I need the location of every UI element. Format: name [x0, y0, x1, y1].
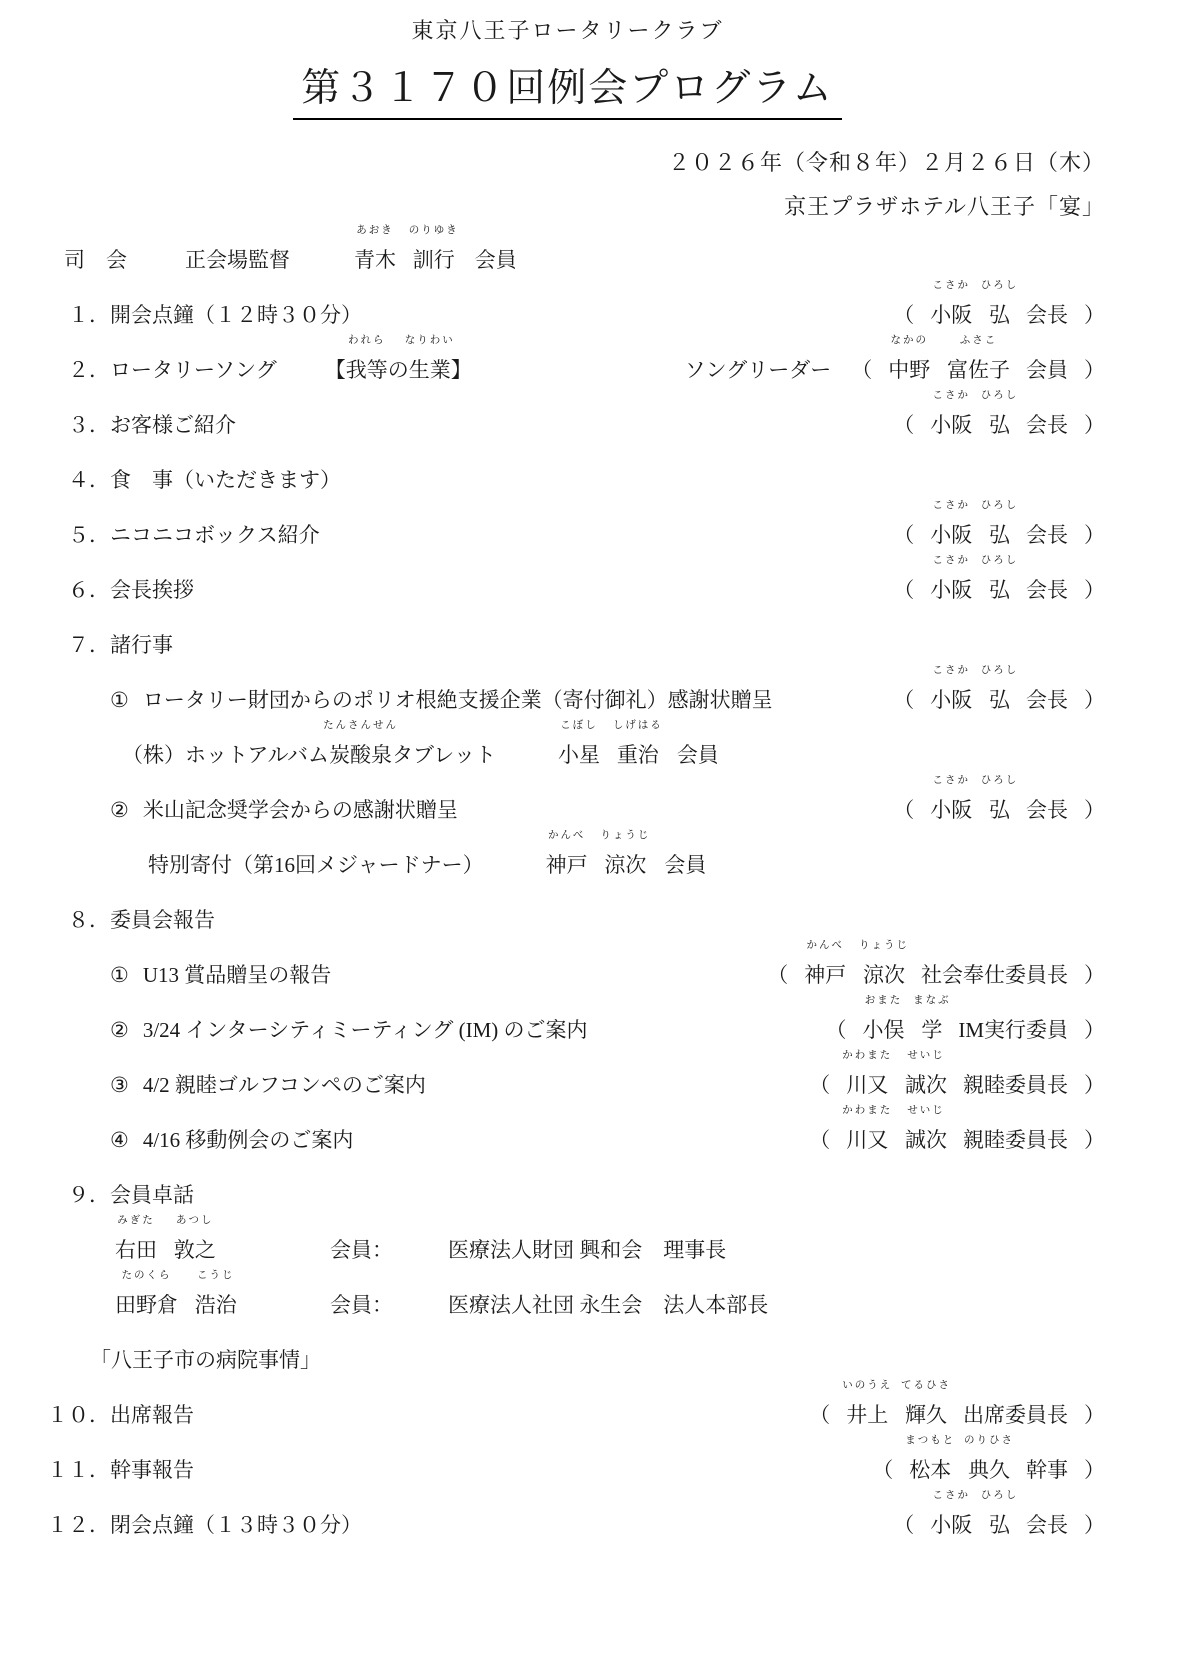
name-with-furigana: ひろし弘 [989, 575, 1010, 605]
close-paren: ） [1084, 1070, 1105, 1100]
person-title: 会長 [1026, 410, 1068, 440]
name-with-furigana: こさか小阪 [930, 795, 972, 825]
person-name: あおき青木のりゆき訓行 [354, 245, 455, 275]
name-with-furigana: せいじ誠次 [905, 1125, 947, 1155]
person-title: 親睦委員長 [963, 1070, 1068, 1100]
person-title: 会長 [1026, 520, 1068, 550]
program-item-3: ３． お客様ご紹介 （ こさか小阪ひろし弘 会長 ） [30, 410, 1105, 440]
item-number: １０． [30, 1400, 110, 1430]
furigana: かわまた [842, 1096, 892, 1126]
close-paren: ） [1084, 1400, 1105, 1430]
name-base: 青木 [354, 248, 396, 272]
furigana: まなぶ [913, 986, 951, 1016]
furigana: ひろし [981, 766, 1019, 796]
meeting-venue: 京王プラザホテル八王子「宴」 [30, 190, 1105, 221]
name-with-furigana: われら我等 [346, 355, 388, 385]
name-base: 学 [921, 1018, 942, 1042]
item-number: ② [110, 795, 129, 825]
furigana: ひろし [981, 1481, 1019, 1511]
person-suffix: 会員： [330, 1235, 448, 1265]
furigana: のりひさ [964, 1426, 1014, 1456]
item-number: ４． [30, 465, 110, 495]
name-base: 誠次 [905, 1128, 947, 1152]
name-base: 小阪 [930, 578, 972, 602]
item-text: ロータリーソング [110, 355, 277, 385]
name-with-furigana: かわまた川又 [846, 1125, 888, 1155]
open-paren: （ [809, 1400, 830, 1430]
mc-role: 正会場監督 [185, 245, 290, 275]
close-paren: ） [1084, 575, 1105, 605]
name-base: 中野 [888, 358, 930, 382]
person-suffix: 会員 [475, 245, 517, 275]
name-with-furigana: こさか小阪 [930, 685, 972, 715]
furigana: まつもと [905, 1426, 955, 1456]
name-base: 田野倉 [115, 1293, 178, 1317]
person-title: 親睦委員長 [963, 1125, 1068, 1155]
open-paren: （ [809, 1070, 830, 1100]
person-title: IM実行委員 [958, 1015, 1068, 1045]
presenter-group: （ かわまた川又せいじ誠次 親睦委員長 ） [809, 1125, 1105, 1155]
name-with-furigana: かんべ神戸 [804, 960, 846, 990]
person-title: 会長 [1026, 685, 1068, 715]
program-item-12: １２． 閉会点鐘（１３時３０分） （ こさか小阪ひろし弘 会長 ） [30, 1510, 1105, 1540]
close-paren: ） [1084, 1510, 1105, 1540]
item-number: １． [30, 300, 110, 330]
furigana: こさか [932, 1481, 970, 1511]
speaker-line-2: たのくら田野倉こうじ浩治 会員： 医療法人社団 永生会 法人本部長 [30, 1290, 1105, 1320]
furigana: あおき [356, 216, 394, 246]
name-base: 我等 [346, 358, 388, 382]
name-base: 弘 [989, 523, 1010, 547]
item-text: 4/2 親睦ゴルフコンペのご案内 [143, 1070, 426, 1100]
name-base: 松本 [909, 1458, 951, 1482]
open-paren: （ [809, 1125, 830, 1155]
item-text: 諸行事 [110, 630, 173, 660]
close-paren: ） [1084, 410, 1105, 440]
furigana: せいじ [907, 1041, 945, 1071]
song-particle: の [388, 358, 409, 382]
open-paren: （ [893, 795, 914, 825]
open-paren: （ [872, 1455, 893, 1485]
item-text: 閉会点鐘（１３時３０分） [110, 1510, 362, 1540]
open-paren: （ [893, 410, 914, 440]
item-number: ３． [30, 410, 110, 440]
name-base: 井上 [846, 1403, 888, 1427]
item-number: １１． [30, 1455, 110, 1485]
item-text: 開会点鐘（１２時３０分） [110, 300, 362, 330]
talk-topic-text: 「八王子市の病院事情」 [90, 1345, 321, 1375]
furigana: ひろし [981, 491, 1019, 521]
name-base: 右田 [115, 1238, 157, 1262]
person-name: たのくら田野倉こうじ浩治 [115, 1290, 330, 1320]
furigana: おまた [865, 986, 903, 1016]
open-paren: （ [767, 960, 788, 990]
presenter-group: （ こさか小阪ひろし弘 会長 ） [893, 410, 1105, 440]
name-with-furigana: りょうじ涼次 [604, 850, 646, 880]
furigana: いのうえ [842, 1371, 892, 1401]
item-text: 委員会報告 [110, 905, 215, 935]
name-with-furigana: たのくら田野倉 [115, 1290, 178, 1320]
name-with-furigana: ひろし弘 [989, 685, 1010, 715]
furigana: なかの [890, 326, 928, 356]
page-title: 第３１７０回例会プログラム [293, 57, 842, 120]
name-base: 弘 [989, 688, 1010, 712]
name-with-furigana: あおき青木 [354, 245, 396, 275]
name-base: 小阪 [930, 798, 972, 822]
item-number: ７． [30, 630, 110, 660]
name-with-furigana: こぼし小星 [558, 740, 600, 770]
name-base: 生業 [409, 358, 451, 382]
person-name: こさか小阪ひろし弘 [930, 410, 1010, 440]
close-paren: ） [1084, 795, 1105, 825]
program-item-7-2-detail: 特別寄付（第16回メジャードナー） かんべ神戸りょうじ涼次 会員 [30, 850, 1105, 880]
name-with-furigana: のりゆき訓行 [413, 245, 455, 275]
close-paren: ） [1084, 300, 1105, 330]
speaker-organization: 医療法人財団 興和会 理事長 [448, 1235, 726, 1265]
furigana: しげはる [613, 711, 663, 741]
title-wrap: 第３１７０回例会プログラム [30, 57, 1105, 120]
item-number: ２． [30, 355, 110, 385]
open-paren: （ [893, 685, 914, 715]
person-title: 会員 [1026, 355, 1068, 385]
person-name: かんべ神戸りょうじ涼次 [546, 850, 647, 880]
person-title: 会長 [1026, 1510, 1068, 1540]
person-title: 会長 [1026, 575, 1068, 605]
song-leader-label: ソングリーダー [685, 355, 832, 385]
mc-label: 司 会 [64, 245, 127, 275]
person-suffix: 会員 [677, 740, 719, 770]
open-paren: （ [851, 355, 872, 385]
furigana: あつし [176, 1206, 214, 1236]
presenter-group: （ こさか小阪ひろし弘 会長 ） [893, 1510, 1105, 1540]
furigana: こさか [932, 546, 970, 576]
furigana: てるひさ [901, 1371, 951, 1401]
furigana: りょうじ [600, 821, 650, 851]
song-title: 【われら我等のなりわい生業】 [325, 355, 472, 385]
name-base: 小阪 [930, 1513, 972, 1537]
open-paren: （ [893, 520, 914, 550]
open-paren: （ [893, 575, 914, 605]
furigana: こさか [932, 491, 970, 521]
name-base: 弘 [989, 413, 1010, 437]
name-base: 誠次 [905, 1073, 947, 1097]
close-paren: ） [1084, 1125, 1105, 1155]
name-with-furigana: たんさんせん炭酸泉 [329, 740, 392, 770]
item-text: ニコニコボックス紹介 [110, 520, 320, 550]
presenter-group: （ こさか小阪ひろし弘 会長 ） [893, 795, 1105, 825]
song-word-2: なりわい生業 [409, 358, 451, 382]
name-base: 小阪 [930, 413, 972, 437]
presenter-group: （ こさか小阪ひろし弘 会長 ） [893, 575, 1105, 605]
item-number: ④ [110, 1125, 129, 1155]
furigana: たんさんせん [323, 711, 398, 741]
name-with-furigana: ひろし弘 [989, 1510, 1010, 1540]
name-base: 訓行 [413, 248, 455, 272]
name-base: 輝久 [905, 1403, 947, 1427]
name-base: 富佐子 [947, 358, 1010, 382]
name-base: 小星 [558, 743, 600, 767]
name-base: 涼次 [863, 963, 905, 987]
name-base: 弘 [989, 303, 1010, 327]
song-close-bracket: 】 [451, 358, 472, 382]
meeting-program-document: 東京八王子ロータリークラブ 第３１７０回例会プログラム ２０２６年（令和８年）２… [0, 0, 1200, 1678]
name-base: 神戸 [804, 963, 846, 987]
program-item-8: ８． 委員会報告 [30, 905, 1105, 935]
furigana: ひろし [981, 381, 1019, 411]
speaker-organization: 医療法人社団 永生会 法人本部長 [448, 1290, 768, 1320]
meeting-date: ２０２６年（令和８年）２月２６日（木） [30, 146, 1105, 177]
name-base: 炭酸泉 [329, 743, 392, 767]
item-text: お客様ご紹介 [110, 410, 236, 440]
name-base: 典久 [968, 1458, 1010, 1482]
person-name: こさか小阪ひろし弘 [930, 1510, 1010, 1540]
name-base: 敦之 [174, 1238, 216, 1262]
program-item-6: ６． 会長挨拶 （ こさか小阪ひろし弘 会長 ） [30, 575, 1105, 605]
name-base: 弘 [989, 578, 1010, 602]
furigana: こさか [932, 381, 970, 411]
person-name: こさか小阪ひろし弘 [930, 575, 1010, 605]
furigana: りょうじ [859, 931, 909, 961]
close-paren: ） [1084, 960, 1105, 990]
name-base: 川又 [846, 1128, 888, 1152]
name-with-furigana: しげはる重治 [617, 740, 659, 770]
furigana: われら [348, 326, 386, 356]
furigana: なりわい [405, 326, 455, 356]
furigana: こさか [932, 766, 970, 796]
donation-text: 特別寄付（第16回メジャードナー） [148, 850, 484, 880]
item-text: 出席報告 [110, 1400, 194, 1430]
close-paren: ） [1084, 685, 1105, 715]
person-name: こさか小阪ひろし弘 [930, 685, 1010, 715]
name-with-furigana: ひろし弘 [989, 795, 1010, 825]
person-title: 会長 [1026, 300, 1068, 330]
person-name: こぼし小星しげはる重治 [558, 740, 659, 770]
company-text: （株）ホットアルバム [122, 740, 329, 770]
name-with-furigana: いのうえ井上 [846, 1400, 888, 1430]
furigana: たのくら [122, 1261, 172, 1291]
person-suffix: 会員 [664, 850, 706, 880]
name-base: 小阪 [930, 303, 972, 327]
item-number: ９． [30, 1180, 110, 1210]
presenter-group: （ いのうえ井上てるひさ輝久 出席委員長 ） [809, 1400, 1105, 1430]
song-open-bracket: 【 [325, 358, 346, 382]
name-with-furigana: こさか小阪 [930, 1510, 972, 1540]
person-suffix: 会員： [330, 1290, 448, 1320]
word-with-furigana: たんさんせん炭酸泉 [329, 740, 392, 770]
name-base: 重治 [617, 743, 659, 767]
name-base: 涼次 [604, 853, 646, 877]
furigana: かんべ [807, 931, 844, 961]
name-with-furigana: なかの中野 [888, 355, 930, 385]
name-base: 弘 [989, 798, 1010, 822]
furigana: かんべ [548, 821, 585, 851]
name-with-furigana: こうじ浩治 [195, 1290, 237, 1320]
name-with-furigana: こさか小阪 [930, 575, 972, 605]
name-base: 川又 [846, 1073, 888, 1097]
name-with-furigana: なりわい生業 [409, 355, 451, 385]
item-number: ５． [30, 520, 110, 550]
program-item-1: １． 開会点鐘（１２時３０分） （ こさか小阪ひろし弘 会長 ） [30, 300, 1105, 330]
furigana: こうじ [197, 1261, 235, 1291]
item-number: ８． [30, 905, 110, 935]
close-paren: ） [1084, 1015, 1105, 1045]
item-text: 会長挨拶 [110, 575, 194, 605]
close-paren: ） [1084, 520, 1105, 550]
item-text: 米山記念奨学会からの感謝状贈呈 [143, 795, 458, 825]
furigana: こさか [932, 656, 970, 686]
furigana: こさか [932, 271, 970, 301]
name-base: 浩治 [195, 1293, 237, 1317]
item-text: 3/24 インターシティミーティング (IM) のご案内 [143, 1015, 588, 1045]
item-text: U13 賞品贈呈の報告 [143, 960, 331, 990]
club-name: 東京八王子ロータリークラブ [30, 10, 1105, 45]
person-name: こさか小阪ひろし弘 [930, 795, 1010, 825]
name-base: 神戸 [546, 853, 588, 877]
item-number: ① [110, 685, 129, 715]
program-item-8-4: ④ 4/16 移動例会のご案内 （ かわまた川又せいじ誠次 親睦委員長 ） [30, 1125, 1105, 1155]
item-number: ③ [110, 1070, 129, 1100]
close-paren: ） [1084, 355, 1105, 385]
furigana: こぼし [560, 711, 598, 741]
furigana: かわまた [842, 1041, 892, 1071]
name-with-furigana: こさか小阪 [930, 410, 972, 440]
name-base: 弘 [989, 1513, 1010, 1537]
name-base: 小阪 [930, 688, 972, 712]
song-word-1: われら我等 [346, 358, 388, 382]
furigana: ひろし [981, 546, 1019, 576]
company-text-rest: タブレット [392, 740, 496, 770]
person-name: かわまた川又せいじ誠次 [846, 1125, 947, 1155]
item-number: ① [110, 960, 129, 990]
furigana: ひろし [981, 656, 1019, 686]
open-paren: （ [893, 1510, 914, 1540]
item-text: 幹事報告 [110, 1455, 194, 1485]
close-paren: ） [1084, 1455, 1105, 1485]
person-title: 幹事 [1026, 1455, 1068, 1485]
item-number: ６． [30, 575, 110, 605]
item-text: 4/16 移動例会のご案内 [143, 1125, 354, 1155]
furigana: ひろし [981, 271, 1019, 301]
speaker-line-1: みぎた右田あつし敦之 会員： 医療法人財団 興和会 理事長 [30, 1235, 1105, 1265]
name-base: 小俣 [863, 1018, 905, 1042]
furigana: みぎた [117, 1206, 155, 1236]
furigana: せいじ [907, 1096, 945, 1126]
presenter-group: （ なかの中野ふさこ富佐子 会員 ） [851, 355, 1105, 385]
item-number: １２． [30, 1510, 110, 1540]
name-with-furigana: ひろし弘 [989, 410, 1010, 440]
item-text: ロータリー財団からのポリオ根絶支援企業（寄付御礼）感謝状贈呈 [143, 685, 773, 715]
name-with-furigana: かんべ神戸 [546, 850, 588, 880]
item-text: 食 事（いただきます） [110, 465, 341, 495]
furigana: のりゆき [409, 216, 459, 246]
item-number: ② [110, 1015, 129, 1045]
person-title: 会長 [1026, 795, 1068, 825]
name-base: 小阪 [930, 523, 972, 547]
furigana: ふさこ [960, 326, 998, 356]
presenter-group: （ こさか小阪ひろし弘 会長 ） [893, 685, 1105, 715]
